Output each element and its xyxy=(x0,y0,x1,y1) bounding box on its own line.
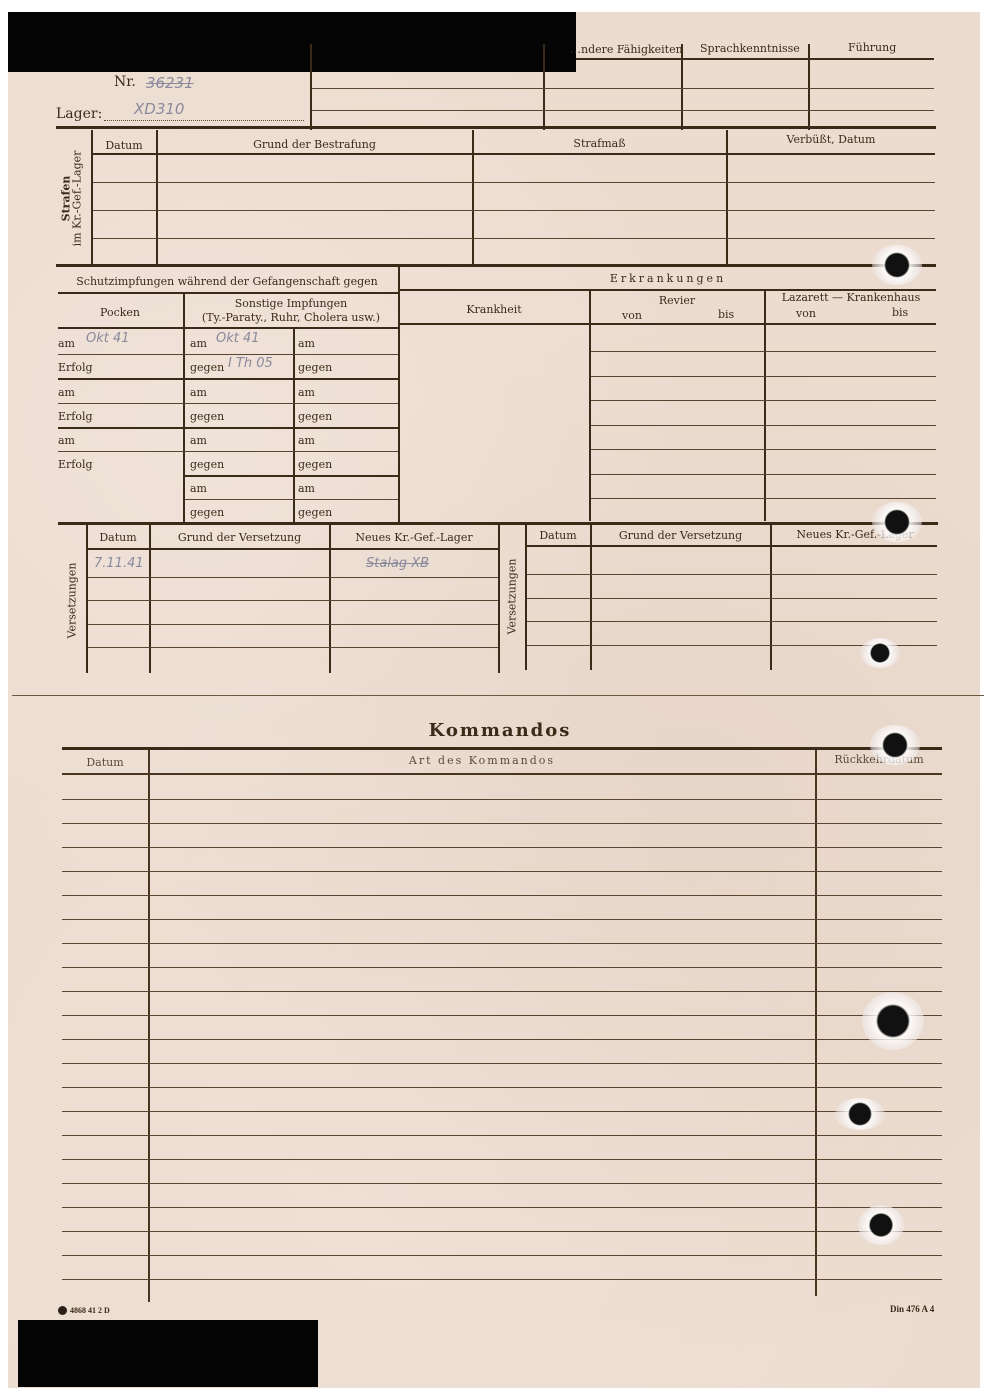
col-lazarett: Lazarett — Krankenhaus xyxy=(766,291,936,304)
sonstige-header: Sonstige Impfungen xyxy=(185,297,397,310)
sonstige-am-2: am xyxy=(298,482,315,495)
rule xyxy=(527,545,937,547)
pocken-header: Pocken xyxy=(58,306,182,319)
table-row xyxy=(62,1063,942,1064)
revier-bis: bis xyxy=(718,308,734,321)
nr-label: Nr. xyxy=(114,74,136,90)
col-datum: Datum xyxy=(88,531,148,544)
divider xyxy=(472,130,474,266)
divider xyxy=(293,329,295,522)
col-fuehrung: Führung xyxy=(848,41,896,54)
col-datum: Datum xyxy=(527,529,589,542)
table-row xyxy=(62,991,942,992)
sonstige-gegen: gegen xyxy=(190,410,224,423)
row-line xyxy=(591,351,936,352)
pocken-erfolg: Erfolg xyxy=(58,361,93,374)
sonstige-am: am xyxy=(190,434,207,447)
table-row xyxy=(62,967,942,968)
lager-label: Lager: xyxy=(56,106,102,122)
lazarett-bis: bis xyxy=(892,306,908,319)
col-grund-versetzung: Grund der Versetzung xyxy=(151,531,328,544)
col-krankheit: Krankheit xyxy=(400,303,588,316)
rule xyxy=(58,292,398,294)
rule xyxy=(93,153,935,155)
table-row xyxy=(62,871,942,872)
table-row xyxy=(62,799,942,800)
din-format: Din 476 A 4 xyxy=(890,1304,934,1314)
table-row xyxy=(62,847,942,848)
redaction-bottom-2 xyxy=(108,1320,308,1387)
row-line xyxy=(527,598,937,599)
row-line xyxy=(58,403,398,404)
col-grund-bestrafung: Grund der Bestrafung xyxy=(158,138,471,151)
sonstige-subheader: (Ty.-Paraty., Ruhr, Cholera usw.) xyxy=(185,311,397,324)
rule xyxy=(312,88,934,89)
row-line xyxy=(88,600,498,601)
divider xyxy=(498,525,500,673)
divider xyxy=(764,291,766,521)
sonstige-gegen: gegen xyxy=(190,361,224,374)
print-code: 4868 41 2 D xyxy=(70,1306,110,1315)
rule xyxy=(400,323,936,325)
erkrankungen-title: Erkrankungen xyxy=(400,272,936,285)
pocken-am: am xyxy=(58,434,75,447)
rule xyxy=(88,548,498,550)
versetzung-lager-value: Stalag XB xyxy=(366,556,429,571)
rule xyxy=(62,773,942,775)
row-line xyxy=(591,474,936,475)
versetzung-datum-value: 7.11.41 xyxy=(94,556,144,571)
row-line xyxy=(591,449,936,450)
form-sheet xyxy=(8,12,980,1388)
damage-hole xyxy=(870,725,920,765)
sonstige-am: am xyxy=(190,386,207,399)
lazarett-von: von xyxy=(796,307,816,320)
pocken-am: am xyxy=(58,337,75,350)
table-row xyxy=(62,1111,942,1112)
divider xyxy=(815,750,817,1296)
col-datum: Datum xyxy=(93,139,155,152)
divider xyxy=(808,44,810,130)
sonstige-gegen: gegen xyxy=(190,506,224,519)
sonstige-am: am xyxy=(190,337,207,350)
table-row xyxy=(62,919,942,920)
row-line xyxy=(88,624,498,625)
sonstige-gegen-2: gegen xyxy=(298,361,332,374)
table-row xyxy=(62,895,942,896)
col-strafmass: Strafmaß xyxy=(474,137,725,150)
rule xyxy=(58,378,398,380)
row-line xyxy=(93,210,935,211)
table-row xyxy=(62,823,942,824)
col-art-kommandos: Art des Kommandos xyxy=(150,754,814,767)
sonstige-am: am xyxy=(190,482,207,495)
lager-dotted-line xyxy=(104,120,304,121)
row-line xyxy=(527,574,937,575)
divider xyxy=(681,44,683,130)
divider xyxy=(589,291,591,521)
rule xyxy=(312,110,934,111)
rule xyxy=(576,58,934,60)
row-line xyxy=(591,498,936,499)
table-row xyxy=(62,1159,942,1160)
sonstige-am-value: Okt 41 xyxy=(216,331,260,346)
row-line xyxy=(88,577,498,578)
row-line xyxy=(527,621,937,622)
rule xyxy=(185,475,398,477)
rule xyxy=(56,126,936,129)
kommandos-title: Kommandos xyxy=(60,720,940,741)
damage-hole xyxy=(862,992,924,1050)
table-row xyxy=(62,1183,942,1184)
row-line xyxy=(88,647,498,648)
damage-hole xyxy=(872,502,922,542)
divider xyxy=(543,44,545,130)
sonstige-am-2: am xyxy=(298,434,315,447)
sonstige-gegen-2: gegen xyxy=(298,458,332,471)
rule xyxy=(58,427,398,429)
row-line xyxy=(591,425,936,426)
strafen-side-label-2: im Kr.-Gef.-Lager xyxy=(71,144,84,254)
revier-von: von xyxy=(622,309,642,322)
table-row xyxy=(62,1207,942,1208)
fold-line xyxy=(12,695,984,696)
rule xyxy=(62,747,942,750)
table-row xyxy=(62,943,942,944)
pocken-am: am xyxy=(58,386,75,399)
pocken-erfolg: Erfolg xyxy=(58,458,93,471)
col-verbuesst-datum: Verbüßt, Datum xyxy=(728,133,934,146)
damage-hole xyxy=(872,245,922,285)
damage-hole xyxy=(858,1205,904,1245)
row-line xyxy=(185,499,398,500)
row-line xyxy=(93,182,935,183)
impfungen-title: Schutzimpfungen während der Gefangenscha… xyxy=(58,275,396,288)
table-row xyxy=(62,1231,942,1232)
pocken-erfolg: Erfolg xyxy=(58,410,93,423)
lager-value: XD310 xyxy=(134,100,184,118)
row-line xyxy=(58,354,398,355)
table-row xyxy=(62,1087,942,1088)
row-line xyxy=(93,238,935,239)
divider xyxy=(726,130,728,266)
col-sprachkenntnisse: Sprachkenntnisse xyxy=(700,42,800,55)
sonstige-gegen-2: gegen xyxy=(298,410,332,423)
damage-hole xyxy=(860,638,900,668)
publisher-seal-icon xyxy=(58,1306,67,1315)
versetzungen-side-label: Versetzungen xyxy=(66,561,79,641)
table-row xyxy=(62,1015,942,1016)
col-grund-versetzung: Grund der Versetzung xyxy=(592,529,769,542)
sonstige-gegen-2: gegen xyxy=(298,506,332,519)
divider xyxy=(148,750,150,1302)
divider xyxy=(310,44,312,130)
sonstige-gegen: gegen xyxy=(190,458,224,471)
col-revier: Revier xyxy=(591,294,763,307)
nr-value: 36231 xyxy=(146,74,194,92)
versetzungen-side-label-right: Versetzungen xyxy=(506,557,519,637)
table-row xyxy=(62,1279,942,1280)
col-neues-lager: Neues Kr.-Gef.-Lager xyxy=(331,531,497,544)
sonstige-am-2: am xyxy=(298,337,315,350)
col-faehigkeiten: …ndere Fähigkeiten xyxy=(570,43,683,56)
rule xyxy=(58,327,398,329)
row-line xyxy=(58,451,398,452)
table-row xyxy=(62,1039,942,1040)
redaction-top xyxy=(8,12,576,72)
sonstige-gegen-value: I Th 05 xyxy=(228,356,273,371)
row-line xyxy=(591,376,936,377)
damage-hole xyxy=(835,1098,885,1130)
row-line xyxy=(591,400,936,401)
sonstige-am-2: am xyxy=(298,386,315,399)
table-row xyxy=(62,1135,942,1136)
rule xyxy=(56,264,936,267)
pocken-am-value: Okt 41 xyxy=(86,331,130,346)
col-datum: Datum xyxy=(62,756,148,769)
table-row xyxy=(62,1255,942,1256)
